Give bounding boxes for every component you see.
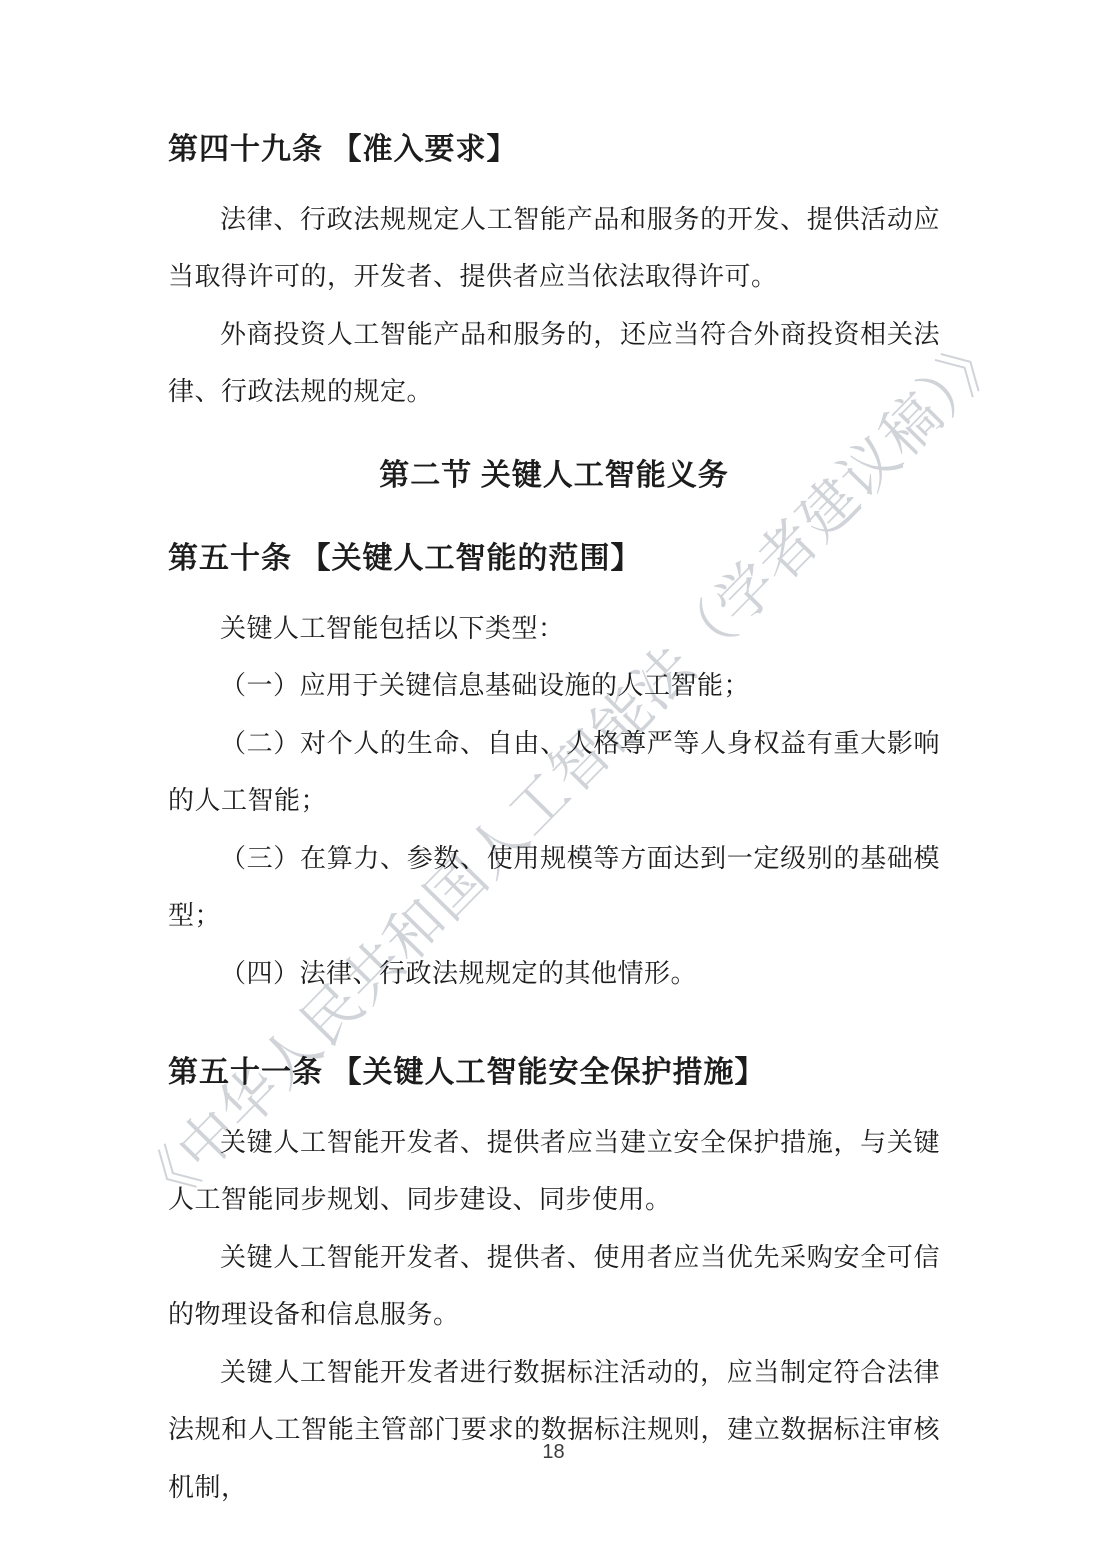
paragraph: 法律、行政法规规定人工智能产品和服务的开发、提供活动应当取得许可的，开发者、提供…: [168, 191, 940, 306]
paragraph: （四）法律、行政法规规定的其他情形。: [168, 945, 940, 1003]
page-number: 18: [0, 1441, 1107, 1464]
paragraph: （三）在算力、参数、使用规模等方面达到一定级别的基础模型；: [168, 830, 940, 945]
section-heading: 第二节 关键人工智能义务: [168, 447, 940, 505]
paragraph: 关键人工智能开发者、提供者应当建立安全保护措施，与关键人工智能同步规划、同步建设…: [168, 1114, 940, 1229]
document-page: 《中华人民共和国人工智能法（学者建议稿）》 第四十九条 【准入要求】法律、行政法…: [0, 0, 1107, 1565]
paragraph: （一）应用于关键信息基础设施的人工智能；: [168, 657, 940, 715]
paragraph: 关键人工智能开发者进行数据标注活动的，应当制定符合法律法规和人工智能主管部门要求…: [168, 1344, 940, 1517]
paragraph: 外商投资人工智能产品和服务的，还应当符合外商投资相关法律、行政法规的规定。: [168, 306, 940, 421]
article-heading: 第四十九条 【准入要求】: [168, 121, 940, 179]
paragraph: 关键人工智能开发者、提供者、使用者应当优先采购安全可信的物理设备和信息服务。: [168, 1229, 940, 1344]
article-heading: 第五十条 【关键人工智能的范围】: [168, 530, 940, 588]
article-heading: 第五十一条 【关键人工智能安全保护措施】: [168, 1044, 940, 1102]
paragraph: （二）对个人的生命、自由、人格尊严等人身权益有重大影响的人工智能；: [168, 715, 940, 830]
paragraph: 关键人工智能包括以下类型：: [168, 600, 940, 658]
document-body: 第四十九条 【准入要求】法律、行政法规规定人工智能产品和服务的开发、提供活动应当…: [168, 121, 940, 1516]
